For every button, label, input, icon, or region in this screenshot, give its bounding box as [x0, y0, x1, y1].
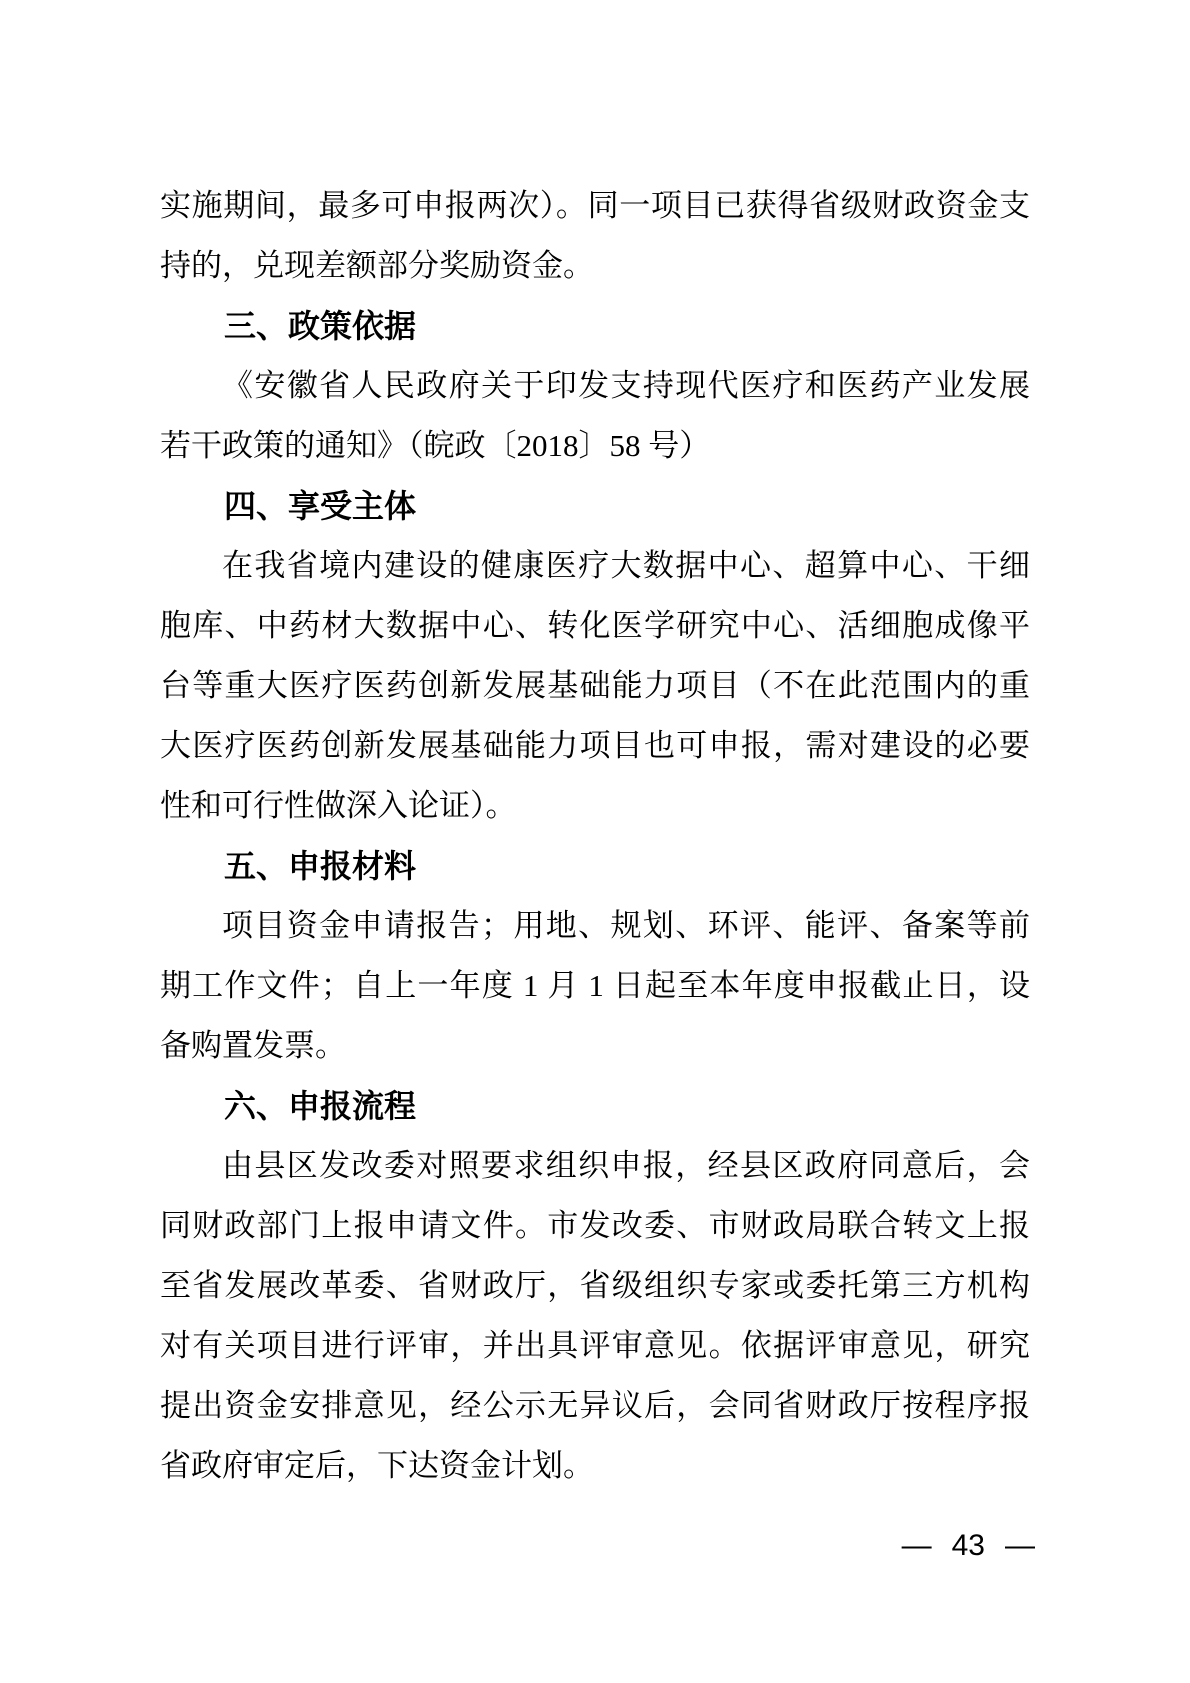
- paragraph-line: 胞库、中药材大数据中心、转化医学研究中心、活细胞成像平: [160, 596, 1030, 656]
- paragraph-line: 由县区发改委对照要求组织申报，经县区政府同意后，会: [160, 1136, 1030, 1196]
- paragraph-line: 提出资金安排意见，经公示无异议后，会同省财政厅按程序报: [160, 1376, 1030, 1436]
- paragraph-line: 期工作文件；自上一年度 1 月 1 日起至本年度申报截止日，设: [160, 956, 1030, 1016]
- paragraph: 实施期间，最多可申报两次）。同一项目已获得省级财政资金支持的，兑现差额部分奖励资…: [160, 176, 1030, 296]
- footer-right-dash: —: [995, 1529, 1045, 1562]
- paragraph-line: 《安徽省人民政府关于印发支持现代医疗和医药产业发展: [160, 356, 1030, 416]
- paragraph-line: 对有关项目进行评审，并出具评审意见。依据评审意见，研究: [160, 1316, 1030, 1376]
- paragraph-line: 备购置发票。: [160, 1016, 1030, 1076]
- paragraph: 由县区发改委对照要求组织申报，经县区政府同意后，会同财政部门上报申请文件。市发改…: [160, 1136, 1030, 1496]
- page-number: 43: [942, 1529, 995, 1562]
- section-heading: 四、享受主体: [160, 476, 1030, 536]
- document-content: 实施期间，最多可申报两次）。同一项目已获得省级财政资金支持的，兑现差额部分奖励资…: [160, 176, 1030, 1496]
- section-heading: 三、政策依据: [160, 296, 1030, 356]
- paragraph-line: 省政府审定后，下达资金计划。: [160, 1436, 1030, 1496]
- paragraph-line: 在我省境内建设的健康医疗大数据中心、超算中心、干细: [160, 536, 1030, 596]
- section-heading: 五、申报材料: [160, 836, 1030, 896]
- heading-text: 三、政策依据: [160, 296, 1030, 356]
- paragraph-line: 大医疗医药创新发展基础能力项目也可申报，需对建设的必要: [160, 716, 1030, 776]
- paragraph-line: 性和可行性做深入论证）。: [160, 776, 1030, 836]
- heading-text: 六、申报流程: [160, 1076, 1030, 1136]
- paragraph-line: 台等重大医疗医药创新发展基础能力项目（不在此范围内的重: [160, 656, 1030, 716]
- paragraph-line: 持的，兑现差额部分奖励资金。: [160, 236, 1030, 296]
- page-footer: —43—: [892, 1524, 1045, 1568]
- paragraph-line: 若干政策的通知》（皖政〔2018〕58 号）: [160, 416, 1030, 476]
- footer-left-dash: —: [892, 1529, 942, 1562]
- paragraph-line: 项目资金申请报告；用地、规划、环评、能评、备案等前: [160, 896, 1030, 956]
- document-page: 实施期间，最多可申报两次）。同一项目已获得省级财政资金支持的，兑现差额部分奖励资…: [0, 0, 1190, 1683]
- section-heading: 六、申报流程: [160, 1076, 1030, 1136]
- paragraph: 在我省境内建设的健康医疗大数据中心、超算中心、干细胞库、中药材大数据中心、转化医…: [160, 536, 1030, 836]
- paragraph: 项目资金申请报告；用地、规划、环评、能评、备案等前期工作文件；自上一年度 1 月…: [160, 896, 1030, 1076]
- paragraph-line: 同财政部门上报申请文件。市发改委、市财政局联合转文上报: [160, 1196, 1030, 1256]
- heading-text: 五、申报材料: [160, 836, 1030, 896]
- paragraph-line: 至省发展改革委、省财政厅，省级组织专家或委托第三方机构: [160, 1256, 1030, 1316]
- paragraph: 《安徽省人民政府关于印发支持现代医疗和医药产业发展若干政策的通知》（皖政〔201…: [160, 356, 1030, 476]
- heading-text: 四、享受主体: [160, 476, 1030, 536]
- paragraph-line: 实施期间，最多可申报两次）。同一项目已获得省级财政资金支: [160, 176, 1030, 236]
